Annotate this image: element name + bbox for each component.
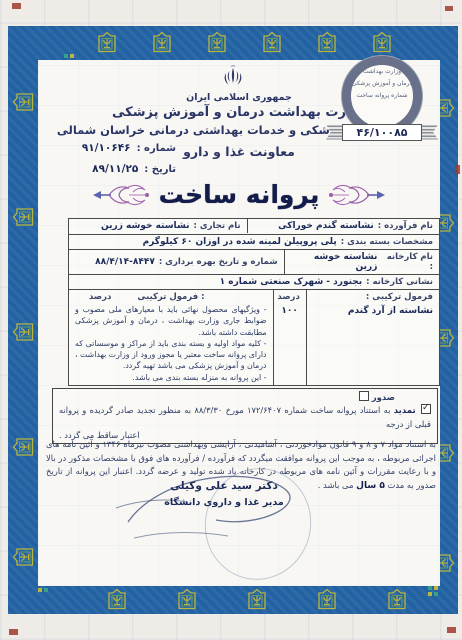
table-row-packaging: مشخصات بسته بندی : پلی پروپیلن لمینه شده… [69,235,439,250]
border-medallion-icon [11,545,35,569]
legal-text-end: می باشد . [318,480,356,490]
renewal-line: تمدید به استناد پروانه ساخت شماره ۱۷۲/۶۴… [59,404,431,430]
border-medallion-icon [385,587,409,611]
signatory-title: مدیر غذا و داروی دانشگاه [134,497,314,508]
formula-header: فرمول ترکیبی : [137,292,204,302]
seal-line1: وزارت بهداشت [342,66,422,78]
condition-item: - ویژگیهای محصول نهائی باید با معیارهای … [75,304,267,338]
conditions-header: درصد فرمول ترکیبی : [75,292,267,302]
seal-line2: درمان و آموزش پزشکی [342,78,422,90]
date-label: تاریخ : [144,164,176,175]
factory-address-cell: نشانی کارخانه : بجنورد - شهرک صنعتی شمار… [69,275,439,289]
table-row-product: نام فرآورده : نشاسته گندم خوراکی نام تجا… [69,219,439,235]
issuance-checkbox [359,391,369,401]
packaging-value: پلی پروپیلن لمینه شده در اوزان ۶۰ کیلوگر… [143,237,337,247]
red-registration-mark [12,3,21,9]
table-row-factory: نام کارخانه : نشاسته خوشه زرین شماره و ت… [69,250,439,275]
operation-value: ۸۸/۴/۱۴-۸۴۴۷ [95,257,155,267]
formula-ingredient-cell: فرمول ترکیبی : نشاسته از آرد گندم [306,290,439,385]
date-value: ۸۹/۱۱/۲۵ [92,163,138,175]
conditions-cell: درصد فرمول ترکیبی : - ویژگیهای محصول نها… [69,290,273,385]
certificate-paper: جمهوری اسلامی ایران وزارت بهداشت درمان و… [38,60,440,586]
factory-name-cell: نام کارخانه : نشاسته خوشه زرین [284,250,439,274]
condition-item: - کلیه مواد اولیه و بسته بندی باید از مر… [75,338,267,372]
border-medallion-icon [11,205,35,229]
trade-name-cell: نام تجاری : نشاسته خوشه زرین [69,219,247,233]
document-meta: شماره : ۹۱/۱۰۶۴۶ تاریخ : ۸۹/۱۱/۲۵ [44,142,176,184]
seal-license-number: ۴۶/۱۰۰۸۵ [342,124,422,141]
signatory-name: دکتر سید علی وکیلی [134,480,314,492]
border-medallion-icon [315,587,339,611]
border-medallion-icon [260,30,284,54]
packaging-label: مشخصات بسته بندی : [341,237,433,247]
validity-duration: ۵ سال [356,481,385,491]
formula-header: فرمول ترکیبی : [313,292,433,302]
floral-flourish-icon [91,182,149,208]
border-medallion-icon [11,90,35,114]
condition-item: - این پروانه به منزله بسته بندی می باشد. [75,372,267,383]
percent-value: ۱۰۰ [281,306,297,316]
product-name-cell: نام فرآورده : نشاسته گندم خوراکی [247,219,439,233]
issuance-line: صدور [59,391,431,403]
red-registration-mark [9,629,18,635]
formula-percent-cell: درصد ۱۰۰ [273,290,306,385]
border-medallion-icon [205,30,229,54]
seal-line3: شماره پروانه ساخت [342,90,422,102]
border-medallion-icon [11,435,35,459]
issuance-renewal-box: صدور تمدید به استناد پروانه ساخت شماره ۱… [52,388,438,444]
address-label: نشانی کارخانه : [366,277,433,287]
percent-header: درصد [89,292,111,302]
border-medallion-icon [370,30,394,54]
table-row-address: نشانی کارخانه : بجنورد - شهرک صنعتی شمار… [69,275,439,290]
document-number-row: شماره : ۹۱/۱۰۶۴۶ [44,142,176,154]
conditions-list: - ویژگیهای محصول نهائی باید با معیارهای … [75,304,267,383]
issuance-label: صدور [372,393,395,403]
trade-value: نشاسته خوشه زرین [101,221,189,231]
ribbon-wing [421,125,438,140]
product-label: نام فرآورده : [378,221,433,231]
number-label: شماره : [137,143,176,154]
renewal-text: به استناد پروانه ساخت شماره ۱۷۲/۶۴۰۷ مور… [59,405,431,429]
renewal-checkbox [421,404,431,414]
address-value: بجنورد - شهرک صنعتی شماره ۱ [220,277,362,287]
factory-value: نشاسته خوشه زرین [291,252,378,272]
red-registration-mark [445,6,453,11]
seal-ribbon-banner: ۴۶/۱۰۰۸۵ [326,122,438,142]
document-date-row: تاریخ : ۸۹/۱۱/۲۵ [44,163,176,175]
iran-coat-of-arms-icon [220,64,246,88]
border-medallion-icon [315,30,339,54]
table-row-formula: فرمول ترکیبی : نشاسته از آرد گندم درصد ۱… [69,290,439,385]
license-details-table: نام فرآورده : نشاسته گندم خوراکی نام تجا… [68,218,440,386]
border-medallion-icon [175,587,199,611]
packaging-cell: مشخصات بسته بندی : پلی پروپیلن لمینه شده… [69,235,439,249]
page-title: پروانه ساخت [159,180,320,209]
ministry-seal-stamp: وزارت بهداشت درمان و آموزش پزشکی شماره پ… [330,56,434,164]
renewal-label: تمدید [394,406,416,416]
percent-header: درصد [280,292,300,302]
number-value: ۹۱/۱۰۶۴۶ [82,142,131,154]
operation-label: شماره و تاریخ بهره برداری : [159,257,278,267]
product-value: نشاسته گندم خوراکی [278,221,374,231]
factory-label: نام کارخانه : [381,252,433,272]
red-registration-mark [447,627,456,633]
signature-block: دکتر سید علی وکیلی مدیر غذا و داروی دانش… [134,480,314,508]
title-row: پروانه ساخت [38,180,440,209]
border-medallion-icon [150,30,174,54]
border-medallion-icon [245,587,269,611]
ribbon-wing [326,125,343,140]
border-medallion-icon [105,587,129,611]
border-medallion-icon [95,30,119,54]
scanned-certificate-page: جمهوری اسلامی ایران وزارت بهداشت درمان و… [0,0,462,640]
border-medallion-icon [11,320,35,344]
operation-license-cell: شماره و تاریخ بهره برداری : ۸۸/۴/۱۴-۸۴۴۷ [69,255,284,269]
ingredient-value: نشاسته از آرد گندم [348,306,433,316]
corner-ornament [428,586,439,597]
red-registration-mark [455,165,460,174]
floral-flourish-icon [329,182,387,208]
trade-label: نام تجاری : [193,221,240,231]
seal-text: وزارت بهداشت درمان و آموزش پزشکی شماره پ… [342,66,422,102]
